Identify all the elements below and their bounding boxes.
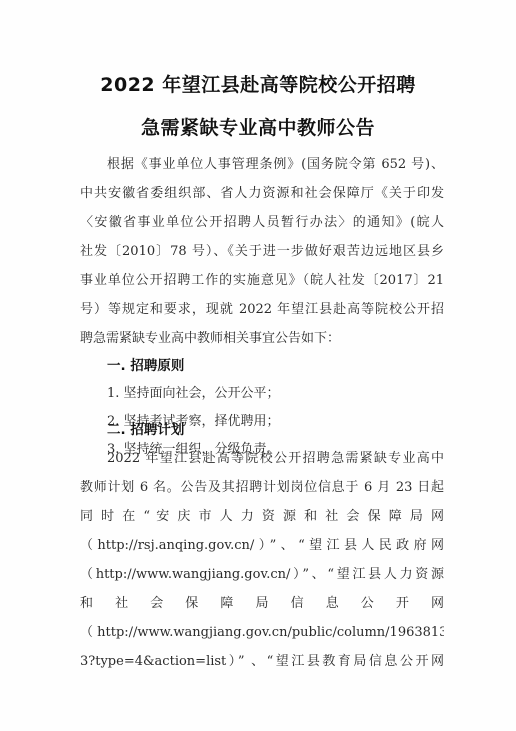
plan-line: （http://www.wangjiang.gov.cn/）”、“望江县人力资源 — [80, 566, 444, 584]
principle-item: 1. 坚持面向社会，公开公平； — [107, 385, 280, 403]
intro-line: 社发〔2010〕78 号）、《关于进一步做好艰苦边远地区县乡 — [80, 243, 444, 261]
plan-line: 3?type=4&action=list）” 、“望江县教育局信息公开网 — [80, 653, 444, 671]
intro-line: 事业单位公开招聘工作的实施意见》（皖人社发〔2017〕21 — [80, 272, 444, 290]
document-title-line-1: 2022 年望江县赴高等院校公开招聘 — [0, 70, 516, 97]
intro-line: 〈安徽省事业单位公开招聘人员暂行办法〉的通知》(皖人 — [80, 214, 444, 232]
plan-line: （ http://www.wangjiang.gov.cn/public/col… — [80, 624, 444, 642]
intro-line: 中共安徽省委组织部、省人力资源和社会保障厅《关于印发 — [80, 185, 444, 203]
section-heading-plan: 二. 招聘计划 — [107, 421, 184, 439]
document-title-line-2: 急需紧缺专业高中教师公告 — [0, 113, 516, 140]
plan-line: （http://rsj.anqing.gov.cn/）”、“望江县人民政府网 — [80, 537, 444, 555]
plan-line: 2022 年望江县赴高等院校公开招聘急需紧缺专业高中 — [107, 450, 444, 468]
plan-line: 教师计划 6 名。公告及其招聘计划岗位信息于 6 月 23 日起 — [80, 479, 444, 497]
plan-line: 同 时 在 “ 安 庆 市 人 力 资 源 和 社 会 保 障 局 网 — [80, 508, 444, 526]
intro-line: 根据《事业单位人事管理条例》(国务院令第 652 号)、 — [107, 156, 444, 174]
section-heading-principles: 一. 招聘原则 — [107, 357, 184, 375]
plan-line: 和 社 会 保 障 局 信 息 公 开 网 — [80, 595, 444, 613]
intro-line: 聘急需紧缺专业高中教师相关事宜公告如下： — [80, 330, 444, 348]
intro-line: 号）等规定和要求，现就 2022 年望江县赴高等院校公开招 — [80, 301, 444, 319]
document-page: 2022 年望江县赴高等院校公开招聘 急需紧缺专业高中教师公告 根据《事业单位人… — [0, 0, 516, 731]
